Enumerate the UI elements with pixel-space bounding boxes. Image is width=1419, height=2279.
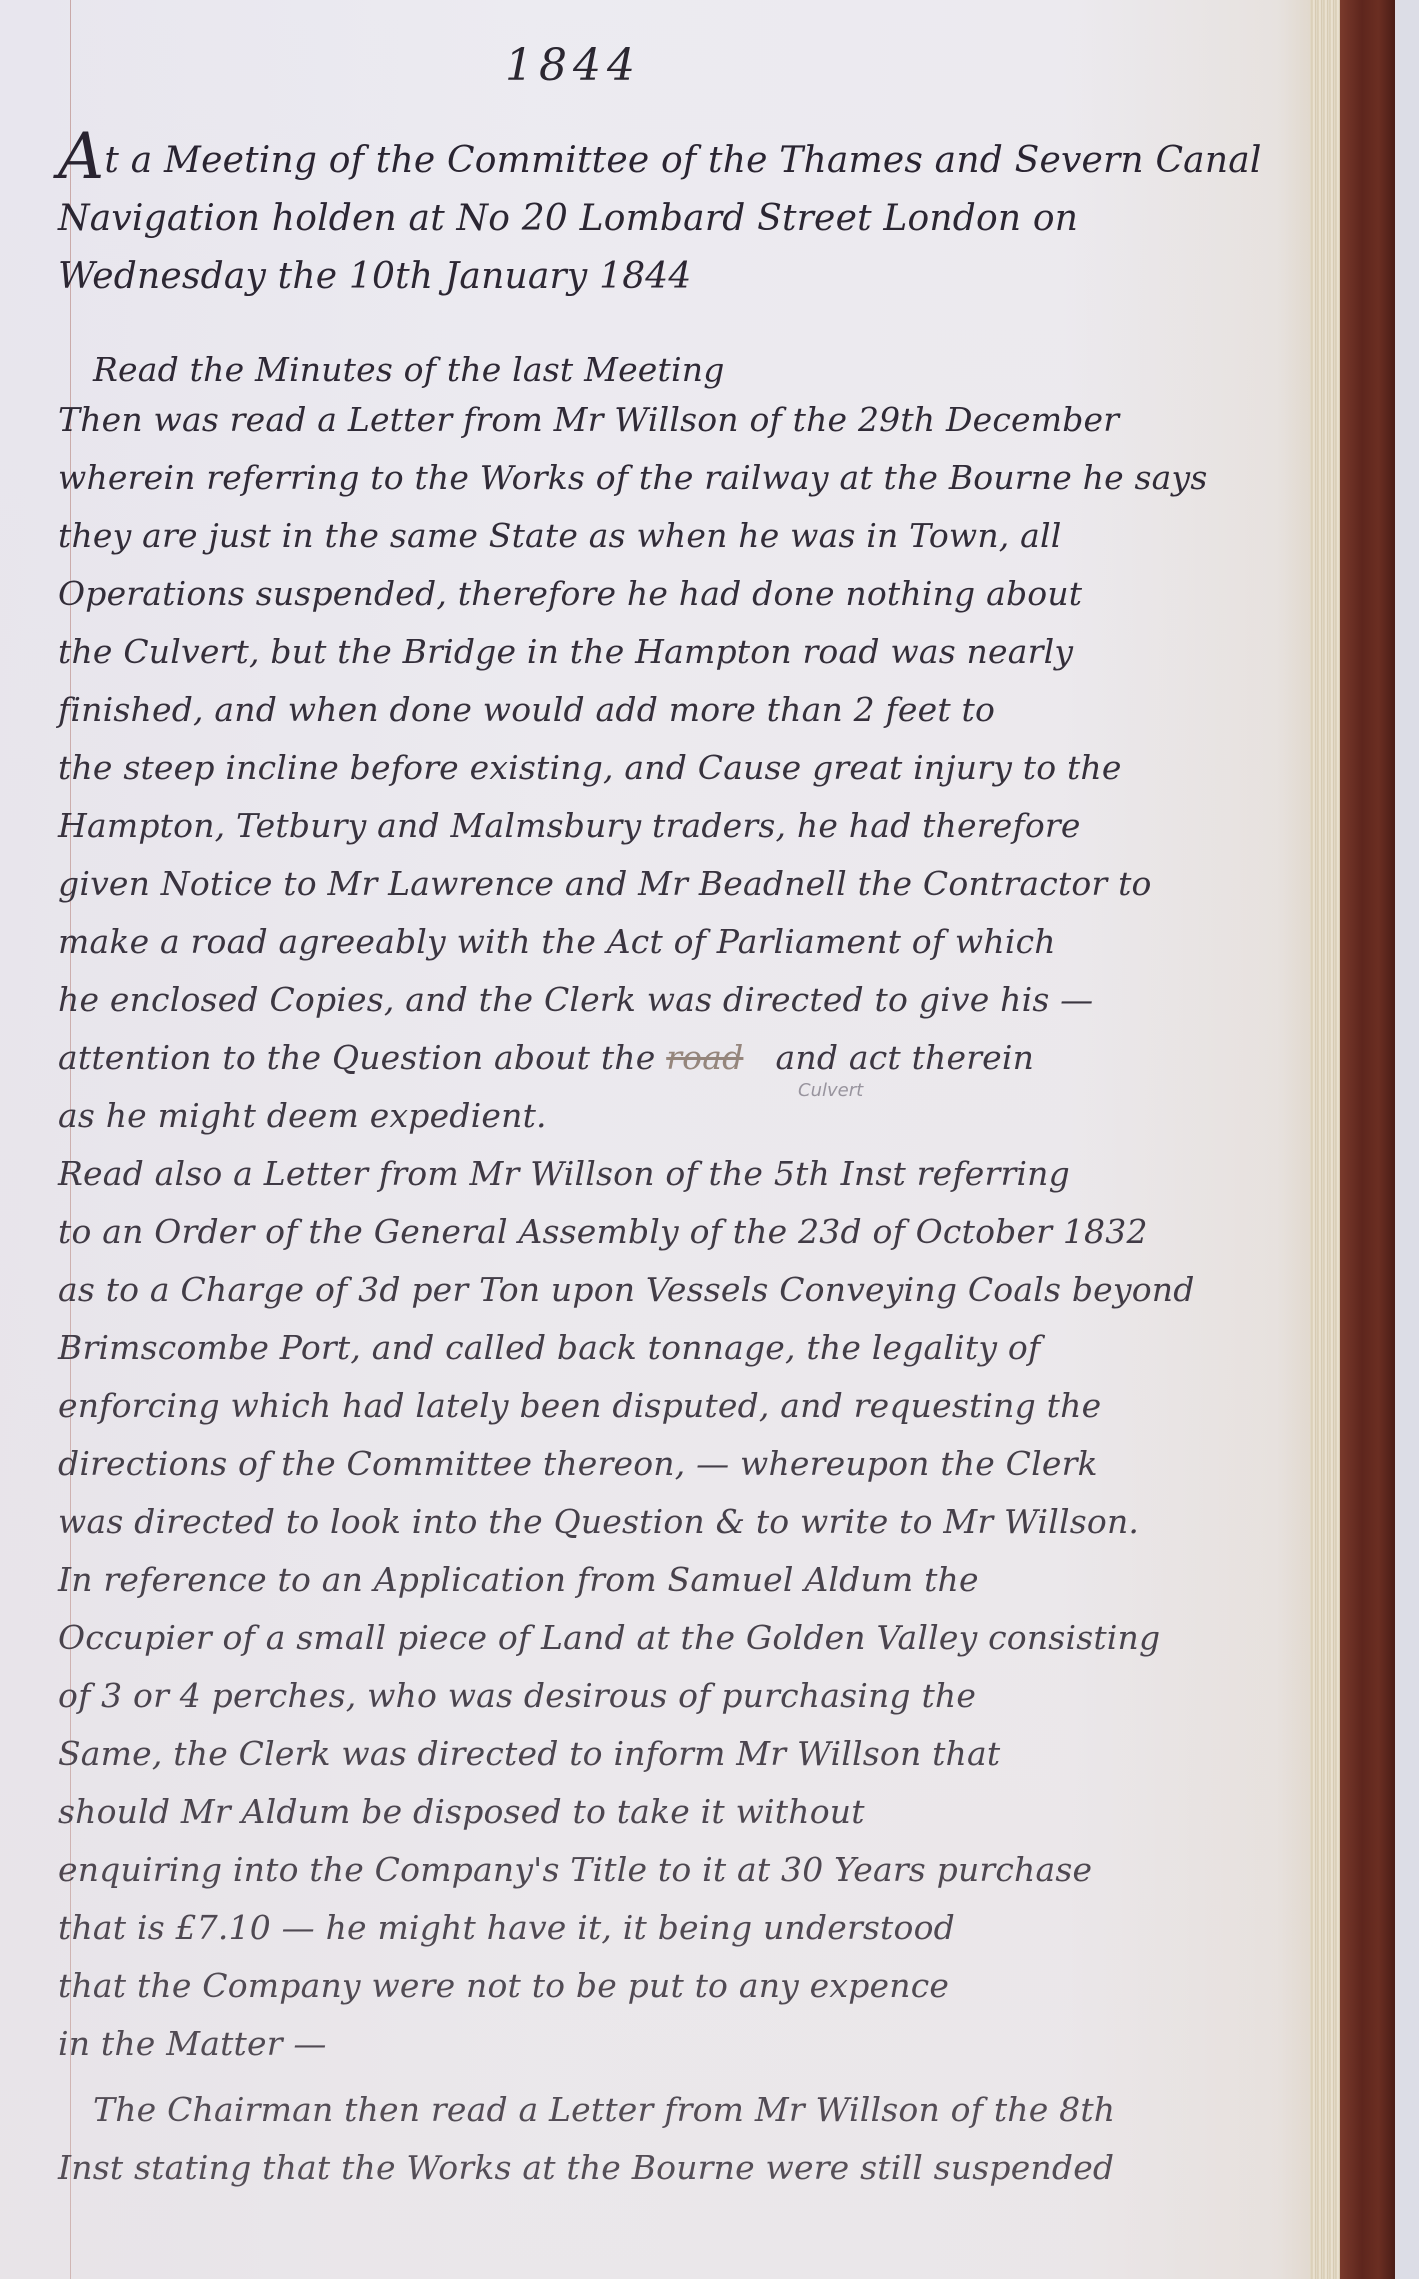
minute-line: the steep incline before existing, and C… xyxy=(58,748,1122,787)
minute-line: that the Company were not to be put to a… xyxy=(58,1966,949,2005)
minute-line: of 3 or 4 perches, who was desirous of p… xyxy=(58,1676,976,1715)
minute-line: as he might deem expedient. xyxy=(58,1096,547,1135)
minute-line: wherein referring to the Works of the ra… xyxy=(58,458,1208,497)
minute-line: given Notice to Mr Lawrence and Mr Beadn… xyxy=(58,864,1152,903)
minute-line: Brimscombe Port, and called back tonnage… xyxy=(58,1328,1040,1367)
minute-line: Then was read a Letter from Mr Willson o… xyxy=(58,400,1119,439)
interlinear-insertion: Culvert xyxy=(798,1080,863,1101)
minute-line: The Chairman then read a Letter from Mr … xyxy=(93,2090,1115,2129)
preamble-line-2: Navigation holden at No 20 Lombard Stree… xyxy=(58,198,1078,239)
year-heading: 1844 xyxy=(505,40,641,91)
struck-word: road xyxy=(666,1038,743,1077)
minute-line: the Culvert, but the Bridge in the Hampt… xyxy=(58,632,1073,671)
minute-line: to an Order of the General Assembly of t… xyxy=(58,1212,1148,1251)
minute-line: Read also a Letter from Mr Willson of th… xyxy=(58,1154,1070,1193)
drop-capital: A xyxy=(58,120,104,194)
minute-line: Hampton, Tetbury and Malmsbury traders, … xyxy=(58,806,1081,845)
minute-line: in the Matter — xyxy=(58,2024,327,2063)
minute-line: finished, and when done would add more t… xyxy=(58,690,995,729)
minute-line: he enclosed Copies, and the Clerk was di… xyxy=(58,980,1093,1019)
book-binding xyxy=(1340,0,1395,2279)
minute-line: Occupier of a small piece of Land at the… xyxy=(58,1618,1160,1657)
preamble-line-3: Wednesday the 10th January 1844 xyxy=(58,256,692,297)
minute-line: enforcing which had lately been disputed… xyxy=(58,1386,1101,1425)
minute-line-with-correction: attention to the Question about the road… xyxy=(58,1038,1034,1077)
minute-line: that is £7.10 — he might have it, it bei… xyxy=(58,1908,955,1947)
minute-line: Same, the Clerk was directed to inform M… xyxy=(58,1734,1000,1773)
minute-line: Inst stating that the Works at the Bourn… xyxy=(58,2148,1114,2187)
minute-line: they are just in the same State as when … xyxy=(58,516,1062,555)
minute-line: In reference to an Application from Samu… xyxy=(58,1560,979,1599)
minute-line: Operations suspended, therefore he had d… xyxy=(58,574,1082,613)
minute-line: directions of the Committee thereon, — w… xyxy=(58,1444,1098,1483)
preamble-line-1: At a Meeting of the Committee of the Tha… xyxy=(58,140,1262,181)
minute-line: enquiring into the Company's Title to it… xyxy=(58,1850,1092,1889)
ledger-page: 1844 At a Meeting of the Committee of th… xyxy=(0,0,1330,2279)
minute-line: Read the Minutes of the last Meeting xyxy=(93,350,725,389)
page-edges xyxy=(1310,0,1344,2279)
minute-line: as to a Charge of 3d per Ton upon Vessel… xyxy=(58,1270,1195,1309)
minute-line: make a road agreeably with the Act of Pa… xyxy=(58,922,1056,961)
minute-line: was directed to look into the Question &… xyxy=(58,1502,1139,1541)
minute-line: should Mr Aldum be disposed to take it w… xyxy=(58,1792,865,1831)
background-surface xyxy=(1395,0,1419,2279)
